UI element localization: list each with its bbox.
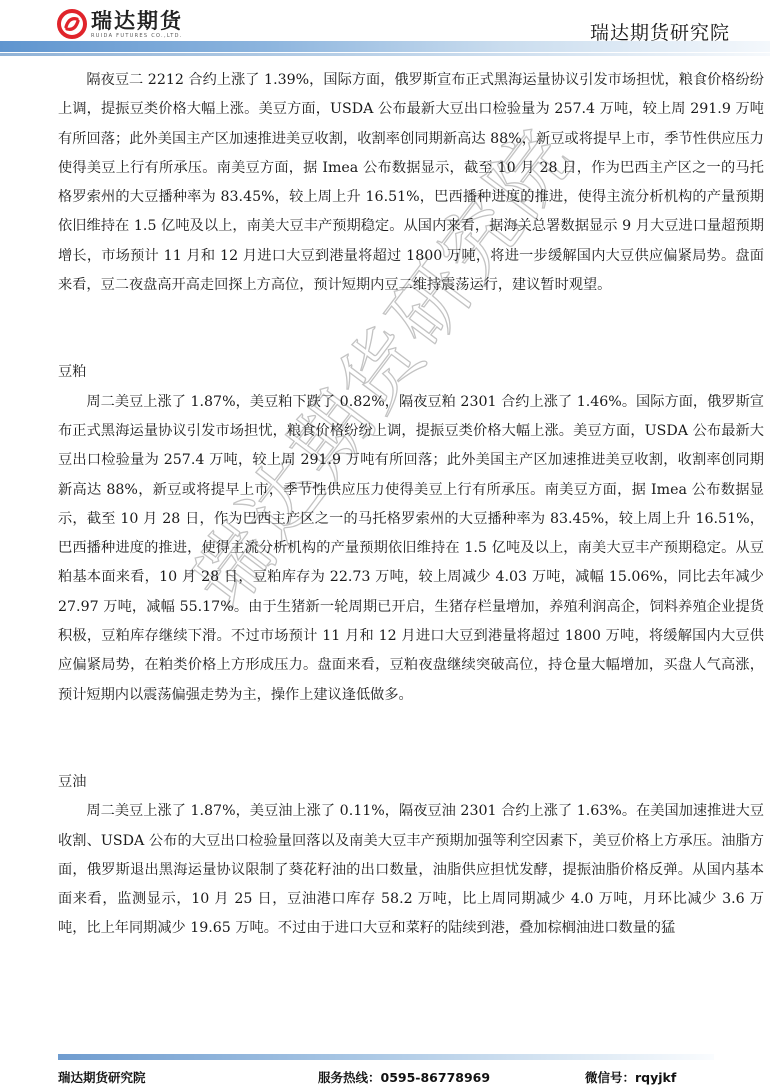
header-divider-bar — [0, 41, 770, 52]
header-divider-line — [0, 53, 770, 56]
page-header: 瑞达期货 RUIDA FUTURES CO.,LTD. 瑞达期货研究院 — [0, 0, 770, 58]
soybean-no2-paragraph: 隔夜豆二 2212 合约上涨了 1.39%，国际方面，俄罗斯宣布正式黑海运量协议… — [58, 66, 764, 300]
footer-wechat: 微信号：rqyjkf — [585, 1068, 676, 1086]
footer-divider-bar — [58, 1054, 714, 1060]
report-body: 隔夜豆二 2212 合约上涨了 1.39%，国际方面，俄罗斯宣布正式黑海运量协议… — [58, 66, 764, 944]
logo-chinese-name: 瑞达期货 — [91, 9, 183, 33]
section-title-soyoil: 豆油 — [58, 768, 764, 797]
soyoil-paragraph: 周二美豆上涨了 1.87%，美豆油上涨了 0.11%，隔夜豆油 2301 合约上… — [58, 797, 764, 943]
spacer — [58, 300, 764, 358]
footer-hotline: 服务热线：0595-86778969 — [318, 1068, 490, 1086]
company-logo: 瑞达期货 RUIDA FUTURES CO.,LTD. — [57, 4, 183, 44]
section-title-soymeal: 豆粕 — [58, 358, 764, 387]
ruida-logo-icon — [57, 9, 87, 39]
logo-english-name: RUIDA FUTURES CO.,LTD. — [91, 33, 183, 40]
footer-org-name: 瑞达期货研究院 — [58, 1068, 146, 1086]
soymeal-paragraph: 周二美豆上涨了 1.87%，美豆粕下跌了 0.82%，隔夜豆粕 2301 合约上… — [58, 388, 764, 710]
page-footer: 瑞达期货研究院 服务热线：0595-86778969 微信号：rqyjkf — [58, 1068, 758, 1088]
spacer — [58, 710, 764, 768]
